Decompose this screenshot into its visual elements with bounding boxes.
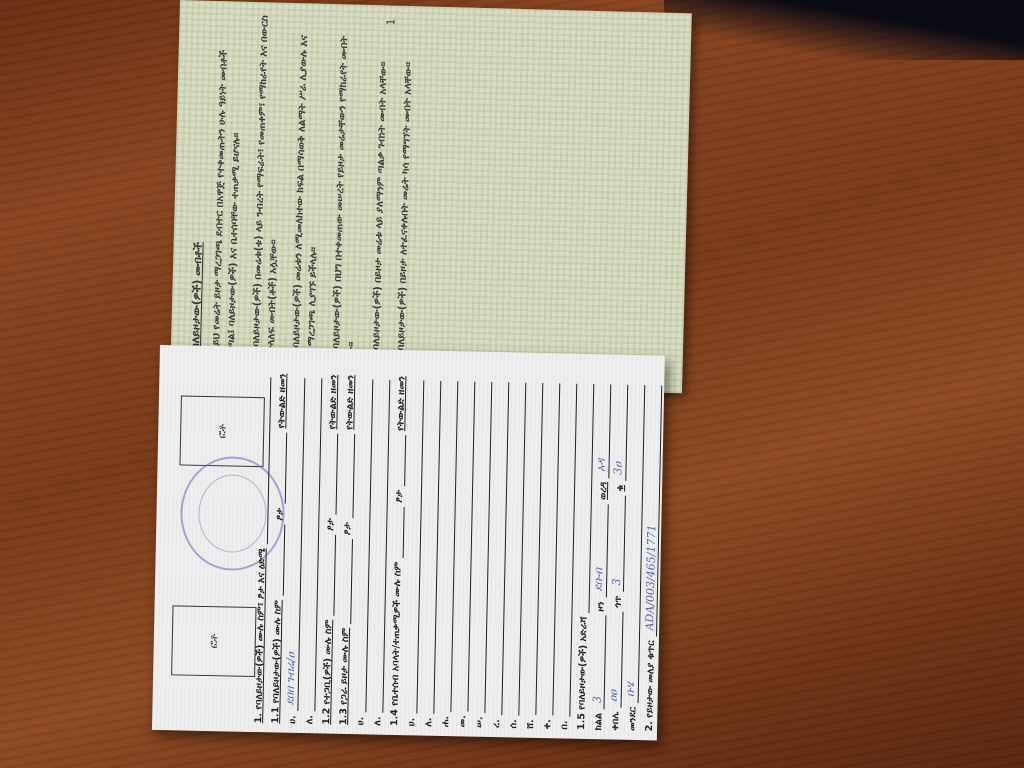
form-label: ፆታ: [274, 508, 285, 521]
form-label: ለ.: [423, 717, 434, 726]
form-field-line: [342, 434, 355, 519]
form-label: ፆታ: [394, 490, 405, 503]
form-label: 2. የይዞታው መለያ ቁጥር: [644, 640, 657, 731]
handwritten-entry: ADA/003/465/1771: [643, 525, 658, 631]
form-label: ሀ.: [287, 715, 298, 724]
photo-box-left: ፎቶ: [171, 605, 256, 677]
form-label: ሐ.: [440, 716, 451, 727]
rights-paragraph: 3.3.ባለይዞታው(ዎች) መሬቱን ለሚመለከተው ክፍል በማሳወቅ ለል…: [288, 13, 327, 374]
handwritten-entry: 3: [591, 696, 604, 703]
form-label: 1. የባለይዞታው(ዎች) ሙሉ ስም፣ ፆታ እና ዕድሜ: [253, 548, 268, 723]
holder-form: 1. የባለይዞታው(ዎች) ሙሉ ስም፣ ፆታ እና ዕድሜ1.1 የባለይዞ…: [250, 373, 647, 731]
form-label: ቀበሌ: [610, 712, 621, 731]
form-field-line: [394, 435, 406, 486]
rights-paragraph: 3.2.ባለይዞታው(ዎች) በመሬቱ(ቱ) ላይ ንብረት የማፍራት፣ የመ…: [248, 12, 287, 373]
handwritten-entry: ቡሄ: [624, 682, 638, 697]
handwritten-entry: ደቡብ: [592, 568, 606, 592]
rights-paragraph: 3.5.ባለይዞታው(ዎች) በይዞታ መሬቱ ላይ ያለማንም ጣልቃ ገብነ…: [368, 15, 392, 375]
form-label: ለ.: [372, 716, 383, 725]
rights-text: 3. የባለይዞታው(ዎች) መብቶች 3.1.ይህ የመሬት ይዞታ ማረጋገ…: [180, 10, 659, 382]
paragraph-text: ባለይዞታው(ዎች) መሬቱን ለሚመለከተው ክፍል በማሳወቅ ለልማት ሥ…: [291, 35, 320, 374]
form-label: ፆታ: [342, 522, 353, 535]
form-field-line: 3: [613, 495, 626, 591]
form-label: ጎጥ: [613, 595, 624, 607]
rights-paragraph: 3.6.ባለይዞታው(ዎች) በይዞታ ለተፈናቀሉበት መሬት ካሳ የማግኘ…: [393, 16, 417, 376]
paragraph-text: ባለይዞታው(ዎች) በመሬቱ(ቱ) ላይ ንብረት የማፍራት፣ የመጠቀም፣…: [251, 15, 280, 372]
paragraph-text: ባለይዞታው(ዎች) በይዞታ መሬቱ ላይ ያለማንም ጣልቃ ገብነት መብ…: [371, 62, 390, 350]
rights-page: 3. የባለይዞታው(ዎች) መብቶች 3.1.ይህ የመሬት ይዞታ ማረጋገ…: [170, 0, 692, 393]
form-label: ሀ.: [406, 718, 417, 727]
form-label: ረ.: [491, 719, 502, 728]
form-field-line: ደቡብ: [596, 504, 609, 598]
form-label: 1.1 የባለይዞታው(ዎች) ሙሉ ስም: [270, 600, 284, 724]
form-field-line: [340, 539, 353, 624]
form-label: ክልል: [593, 713, 604, 730]
paragraph-text: ባለይዞታው(ዎች) በህግ በተቀመጠው መሠረት የይዞታ መሬታቸውን የ…: [331, 36, 357, 375]
photo-box-right: ፎቶ: [179, 395, 264, 467]
dark-background-corner: [664, 0, 1024, 60]
form-label: 1.2 የተጋቢ(ዎች) ሙሉ ስም: [321, 619, 334, 724]
form-field-line: 3: [593, 615, 606, 709]
handwritten-entry: ዐዐ: [607, 690, 621, 702]
form-label: 1.3 የጋራ ይዞታ ሙሉ ስም: [338, 628, 351, 725]
rights-paragraph: 3.4.ባለይዞታው(ዎች) በህግ በተቀመጠው መሠረት የይዞታ መሬታቸ…: [328, 14, 367, 375]
form-field-line: [273, 524, 285, 596]
form-label: መንደር: [627, 707, 639, 731]
form-field-line: አዳ: [598, 384, 611, 478]
form-field-line: [323, 535, 336, 616]
form-label: 1.4 የቤተሰብ አባላት/ተጠቃሚዎች ሙሉ ስም: [389, 562, 403, 726]
form-label: ዞን: [596, 601, 607, 611]
form-label: መ.: [457, 715, 468, 727]
form-label: የትውልድ ዘመን: [395, 376, 407, 431]
form-label: ሀ.: [355, 717, 366, 726]
form-label: ወረዳ: [598, 482, 609, 500]
form-label: የትውልድ ዘመን: [276, 373, 288, 428]
form-label: ቁ: [615, 485, 626, 492]
form-label: 1.5 የባለይዞታው(ዎች) አድራሻ: [576, 616, 589, 730]
form-field-line: 3ዐ: [615, 385, 628, 481]
paragraph-text: ባለይዞታው(ዎች) በይዞታ ለተፈናቀሉበት መሬት ካሳ የማግኘት መብ…: [396, 62, 415, 351]
form-field-line: [275, 432, 287, 504]
holder-info-page: ፎቶ ፎቶ 1. የባለይዞታው(ዎች) ሙሉ ስም፣ ፆታ እና ዕድሜ1.1…: [152, 345, 665, 740]
form-field-line: [257, 377, 271, 544]
section-title: 3. የባለይዞታው(ዎች) መብቶች: [188, 10, 211, 370]
form-label: የትውልድ ዘመን: [344, 375, 356, 430]
form-label: የትውልድ ዘመን: [327, 375, 339, 430]
form-label: ሰ.: [508, 719, 519, 728]
form-label: በ.: [559, 720, 570, 729]
handwritten-entry: 3ዐ: [611, 462, 625, 475]
form-field-line: ዐዐ: [611, 611, 624, 707]
form-label: ቀ.: [542, 719, 553, 729]
handwritten-entry: አዳ: [594, 458, 608, 472]
handwritten-entry: 3: [610, 578, 623, 585]
page-number: 1: [384, 18, 397, 25]
paragraph-text: ይህ የመሬት ይዞታ ማረጋገጫ ደብተር በአዋጅ የተቀመጡትን ሁሉ ዓ…: [211, 50, 243, 372]
form-field-line: [393, 507, 405, 558]
form-label: ለ.: [304, 715, 315, 724]
form-label: ፆታ: [325, 518, 336, 531]
form-label: ሠ.: [474, 716, 485, 728]
form-field-line: [325, 433, 338, 514]
form-label: ሸ.: [525, 719, 536, 729]
handwritten-entry: ደበበ ገብሬ/ዐ: [283, 652, 298, 705]
rights-paragraph: 3.1.ይህ የመሬት ይዞታ ማረጋገጫ ደብተር በአዋጅ የተቀመጡትን …: [208, 11, 247, 372]
